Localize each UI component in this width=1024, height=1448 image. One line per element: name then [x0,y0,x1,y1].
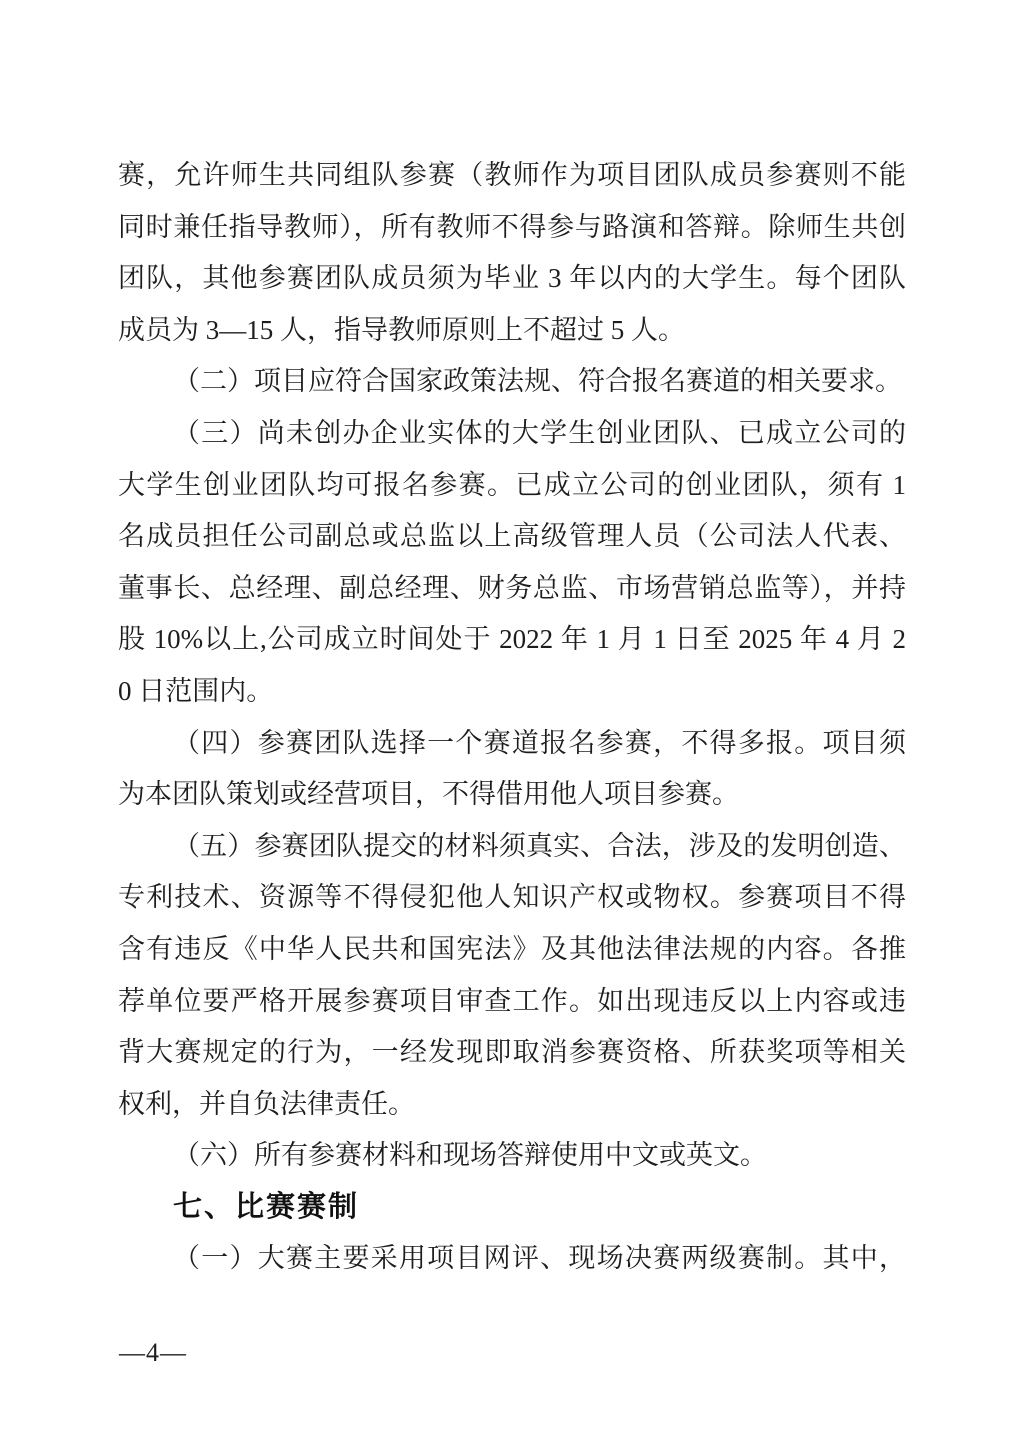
text-line: 权利，并自负法律责任。 [118,1079,906,1131]
text-line: 含有违反《中华人民共和国宪法》及其他法律法规的内容。各推 [118,924,906,976]
text-line: （四）参赛团队选择一个赛道报名参赛，不得多报。项目须 [118,718,906,770]
document-text-block: 赛，允许师生共同组队参赛（教师作为项目团队成员参赛则不能 同时兼任指导教师），所… [118,150,906,1285]
text-line: 名成员担任公司副总或总监以上高级管理人员（公司法人代表、 [118,511,906,563]
text-line: （六）所有参赛材料和现场答辩使用中文或英文。 [118,1130,906,1182]
text-line: 董事长、总经理、副总经理、财务总监、市场营销总监等），并持 [118,563,906,615]
text-line: 大学生创业团队均可报名参赛。已成立公司的创业团队，须有 1 [118,460,906,512]
text-line: 赛，允许师生共同组队参赛（教师作为项目团队成员参赛则不能 [118,150,906,202]
text-line: 团队，其他参赛团队成员须为毕业 3 年以内的大学生。每个团队 [118,253,906,305]
page-number: —4— [119,1338,187,1368]
text-line: （一）大赛主要采用项目网评、现场决赛两级赛制。其中， [118,1233,906,1285]
text-line: 0 日范围内。 [118,666,906,718]
text-line: （二）项目应符合国家政策法规、符合报名赛道的相关要求。 [118,356,906,408]
text-line: 为本团队策划或经营项目，不得借用他人项目参赛。 [118,769,906,821]
text-line: 同时兼任指导教师），所有教师不得参与路演和答辩。除师生共创 [118,202,906,254]
text-line: 背大赛规定的行为，一经发现即取消参赛资格、所获奖项等相关 [118,1027,906,1079]
text-line: （三）尚未创办企业实体的大学生创业团队、已成立公司的 [118,408,906,460]
text-line: 专利技术、资源等不得侵犯他人知识产权或物权。参赛项目不得 [118,872,906,924]
text-line: 成员为 3—15 人，指导教师原则上不超过 5 人。 [118,305,906,357]
document-page: 赛，允许师生共同组队参赛（教师作为项目团队成员参赛则不能 同时兼任指导教师），所… [0,0,1024,1448]
text-line: （五）参赛团队提交的材料须真实、合法，涉及的发明创造、 [118,821,906,873]
text-line: 荐单位要严格开展参赛项目审查工作。如出现违反以上内容或违 [118,976,906,1028]
section-heading: 七、比赛赛制 [118,1182,906,1234]
text-line: 股 10%以上,公司成立时间处于 2022 年 1 月 1 日至 2025 年 … [118,614,906,666]
